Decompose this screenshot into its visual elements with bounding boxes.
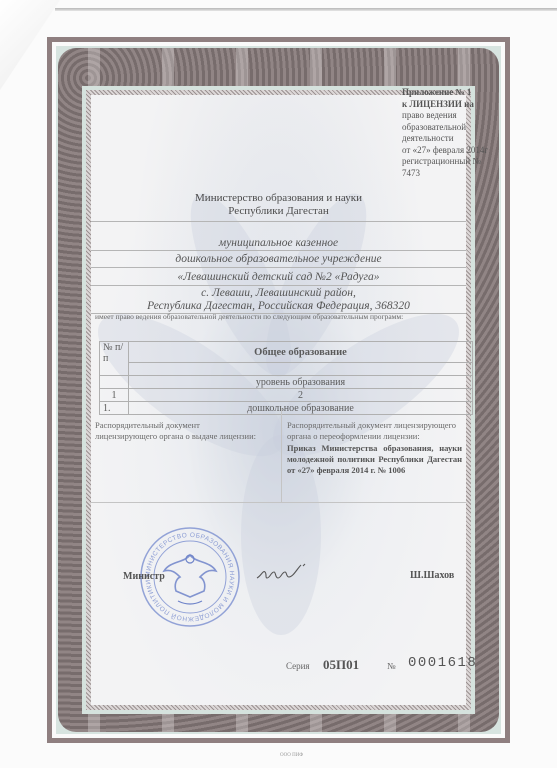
reissue-order: Приказ Министерства образования, науки м…	[287, 443, 462, 476]
divider	[91, 267, 466, 268]
org-type-line2: дошкольное образовательное учреждение	[91, 253, 466, 265]
appendix-note: Приложение № 1 к ЛИЦЕНЗИИ на право веден…	[402, 87, 488, 179]
license-documents: Распорядительный документ лицензирующего…	[91, 408, 466, 503]
table-header-row: № п/п Общее образование	[100, 342, 473, 363]
paper-edge-shadow	[55, 8, 557, 11]
appendix-line: образовательной	[402, 122, 488, 134]
program-title: Общее образование	[129, 342, 473, 363]
appendix-line: деятельности	[402, 133, 488, 145]
column-number: 1	[100, 389, 129, 402]
column-number: 2	[129, 389, 473, 402]
column-divider	[281, 408, 282, 502]
appendix-line: от «27» февраля 2014г	[402, 145, 488, 157]
signature-icon	[255, 562, 325, 582]
appendix-line: к ЛИЦЕНЗИИ на	[402, 99, 488, 111]
programs-table: № п/п Общее образование уровень образова…	[99, 341, 473, 415]
appendix-line: Приложение № 1	[402, 87, 488, 99]
signatory-name: Ш.Шахов	[410, 570, 454, 581]
signatory-title: Министр	[123, 571, 165, 582]
issue-document-label: Распорядительный документ лицензирующего…	[95, 420, 260, 442]
level-subheader	[129, 363, 473, 376]
number-label: №	[387, 661, 396, 671]
divider	[91, 250, 466, 251]
empty-cell	[100, 376, 129, 389]
reissue-document: Распорядительный документ лицензирующего…	[287, 420, 462, 476]
divider	[91, 221, 466, 222]
table-column-number-row: 1 2	[100, 389, 473, 402]
printer-mark: ООО ПИФ	[280, 753, 303, 758]
appendix-line: право ведения	[402, 110, 488, 122]
org-type-line1: муниципальное казенное	[91, 237, 466, 249]
series-label: Серия	[286, 661, 310, 671]
authority-region: Республики Дагестан	[91, 205, 466, 218]
level-header: уровень образования	[129, 376, 473, 389]
authority-name: Министерство образования и науки	[91, 192, 466, 205]
org-name: «Левашинский детский сад №2 «Радуга»	[91, 271, 466, 283]
divider	[91, 285, 466, 286]
org-address-line2: Республика Дагестан, Российская Федераци…	[91, 300, 466, 312]
table-subheader-row	[100, 363, 473, 376]
appendix-line: регистрационный №	[402, 156, 488, 168]
series-value: 05П01	[323, 657, 359, 673]
blank-number: 0001618	[408, 655, 477, 671]
num-header: № п/п	[100, 342, 129, 376]
reissue-document-label: Распорядительный документ лицензирующего…	[287, 420, 462, 442]
rights-statement: имеет право ведения образовательной деят…	[95, 312, 465, 322]
table-subheader-row: уровень образования	[100, 376, 473, 389]
org-address-line1: с. Леваши, Левашинский район,	[91, 287, 466, 299]
appendix-line: 7473	[402, 168, 488, 180]
